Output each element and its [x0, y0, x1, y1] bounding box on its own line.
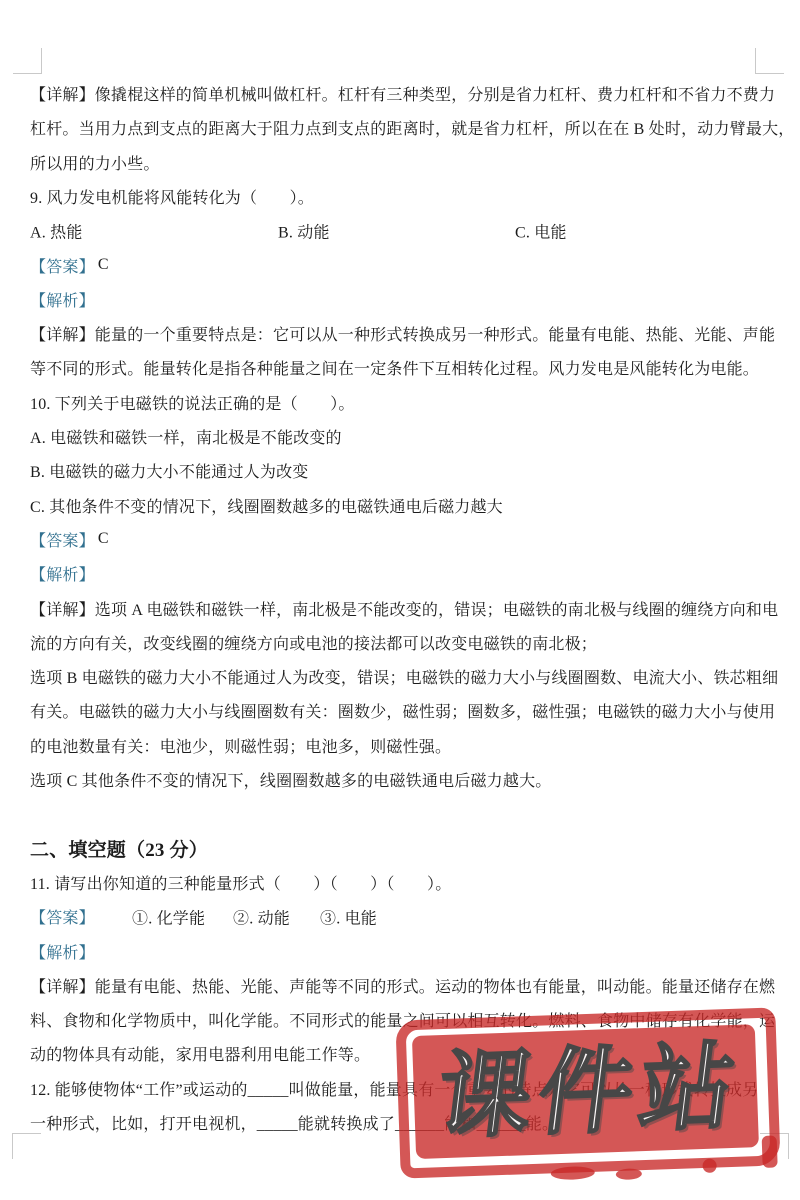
line-text: 有关。电磁铁的磁力大小与线圈圈数有关：圈数少，磁性弱；圈数多，磁性强；电磁铁的磁… [30, 699, 775, 722]
page-corner-mark-top-right [755, 48, 784, 74]
answer-label: 【答案】 [30, 254, 95, 277]
document-line-heading: 二、填空题（23 分） [30, 831, 772, 866]
line-text: C [98, 256, 109, 274]
line-text: C [98, 530, 109, 548]
line-text: B. 电磁铁的磁力大小不能通过人为改变 [30, 459, 308, 482]
stamp-ink-blob [762, 1135, 778, 1168]
document-line-body: A. 电磁铁和磁铁一样，南北极是不能改变的 [30, 419, 772, 454]
document-page: 【详解】像撬棍这样的简单机械叫做杠杆。杠杆有三种类型，分别是省力杠杆、费力杠杆和… [0, 0, 800, 1200]
answer-label: 【解析】 [30, 562, 95, 585]
document-line-body: 【详解】选项 A 电磁铁和磁铁一样，南北极是不能改变的，错误；电磁铁的南北极与线… [30, 591, 772, 626]
answer-label: 【解析】 [30, 288, 95, 311]
answer-item: ②. 动能 [233, 905, 290, 928]
option-item: B. 动能 [278, 219, 330, 242]
document-line-body: 11. 请写出你知道的三种能量形式（ ）（ ）（ ）。 [30, 865, 772, 900]
answer-label: 【解析】 [30, 940, 95, 963]
document-line-body: 【详解】能量的一个重要特点是：它可以从一种形式转换成另一种形式。能量有电能、热能… [30, 316, 772, 351]
document-line-options: A. 热能B. 动能C. 电能 [30, 213, 772, 248]
line-text: 10. 下列关于电磁铁的说法正确的是（ ）。 [30, 391, 355, 414]
document-line-label: 【解析】 [30, 934, 772, 969]
document-line-body: 等不同的形式。能量转化是指各种能量之间在一定条件下互相转化过程。风力发电是风能转… [30, 350, 772, 385]
document-line-body: 【详解】能量有电能、热能、光能、声能等不同的形式。运动的物体也有能量，叫动能。能… [30, 968, 772, 1003]
page-corner-mark-top-left [13, 48, 42, 74]
document-line-body: B. 电磁铁的磁力大小不能通过人为改变 [30, 453, 772, 488]
stamp-ink-blob [616, 1168, 642, 1180]
document-line-body: 所以用的力小些。 [30, 145, 772, 180]
document-line-answer-items: 【答案】①. 化学能②. 动能③. 电能 [30, 899, 772, 934]
line-text: 【详解】能量有电能、热能、光能、声能等不同的形式。运动的物体也有能量，叫动能。能… [30, 974, 775, 997]
line-text: 【详解】像撬棍这样的简单机械叫做杠杆。杠杆有三种类型，分别是省力杠杆、费力杠杆和… [30, 82, 775, 105]
watermark-stamp: 课件站 [395, 1007, 780, 1178]
line-text: 选项 B 电磁铁的磁力大小不能通过人为改变，错误；电磁铁的磁力大小与线圈圈数、电… [30, 665, 778, 688]
document-line-answer: 【答案】C [30, 522, 772, 557]
line-text: 流的方向有关，改变线圈的缠绕方向或电池的接法都可以改变电磁铁的南北极； [30, 631, 597, 654]
line-text: 所以用的力小些。 [30, 151, 160, 174]
document-line-label: 【解析】 [30, 282, 772, 317]
document-line-body: 杠杆。当用力点到支点的距离大于阻力点到支点的距离时，就是省力杠杆，所以在在 B … [30, 110, 772, 145]
answer-item: ③. 电能 [320, 905, 377, 928]
line-text: 9. 风力发电机能将风能转化为（ ）。 [30, 185, 314, 208]
line-text: 二、填空题（23 分） [30, 835, 208, 862]
document-line-body: 选项 B 电磁铁的磁力大小不能通过人为改变，错误；电磁铁的磁力大小与线圈圈数、电… [30, 659, 772, 694]
line-text: 动的物体具有动能，家用电器利用电能工作等。 [30, 1042, 370, 1065]
document-line-body: 流的方向有关，改变线圈的缠绕方向或电池的接法都可以改变电磁铁的南北极； [30, 625, 772, 660]
stamp-background: 课件站 [412, 1024, 759, 1159]
stamp-text: 课件站 [432, 1039, 746, 1144]
line-text: 【详解】能量的一个重要特点是：它可以从一种形式转换成另一种形式。能量有电能、热能… [30, 322, 775, 345]
answer-label: 【答案】 [30, 905, 95, 928]
line-text: 的电池数量有关：电池少，则磁性弱；电池多，则磁性强。 [30, 734, 451, 757]
document-line-label: 【解析】 [30, 556, 772, 591]
answer-label: 【答案】 [30, 528, 95, 551]
stamp-ink-blob [551, 1166, 595, 1181]
option-item: A. 热能 [30, 219, 83, 242]
line-text: C. 其他条件不变的情况下，线圈圈数越多的电磁铁通电后磁力越大 [30, 494, 503, 517]
answer-item: ①. 化学能 [132, 905, 205, 928]
document-line-body: C. 其他条件不变的情况下，线圈圈数越多的电磁铁通电后磁力越大 [30, 488, 772, 523]
document-line-body: 【详解】像撬棍这样的简单机械叫做杠杆。杠杆有三种类型，分别是省力杠杆、费力杠杆和… [30, 76, 772, 111]
document-line-body: 选项 C 其他条件不变的情况下，线圈圈数越多的电磁铁通电后磁力越大。 [30, 762, 772, 797]
line-text: A. 电磁铁和磁铁一样，南北极是不能改变的 [30, 425, 342, 448]
line-text: 等不同的形式。能量转化是指各种能量之间在一定条件下互相转化过程。风力发电是风能转… [30, 356, 759, 379]
document-line-answer: 【答案】C [30, 248, 772, 283]
line-text: 杠杆。当用力点到支点的距离大于阻力点到支点的距离时，就是省力杠杆，所以在在 B … [30, 116, 794, 139]
line-text: 选项 C 其他条件不变的情况下，线圈圈数越多的电磁铁通电后磁力越大。 [30, 768, 551, 791]
document-line-body: 9. 风力发电机能将风能转化为（ ）。 [30, 179, 772, 214]
line-text: 11. 请写出你知道的三种能量形式（ ）（ ）（ ）。 [30, 871, 451, 894]
option-item: C. 电能 [515, 219, 567, 242]
document-line-body: 的电池数量有关：电池少，则磁性弱；电池多，则磁性强。 [30, 728, 772, 763]
document-line-body: 有关。电磁铁的磁力大小与线圈圈数有关：圈数少，磁性弱；圈数多，磁性强；电磁铁的磁… [30, 693, 772, 728]
document-line-body: 10. 下列关于电磁铁的说法正确的是（ ）。 [30, 385, 772, 420]
line-text: 【详解】选项 A 电磁铁和磁铁一样，南北极是不能改变的，错误；电磁铁的南北极与线… [30, 597, 778, 620]
stamp-ink-blob [702, 1159, 716, 1173]
